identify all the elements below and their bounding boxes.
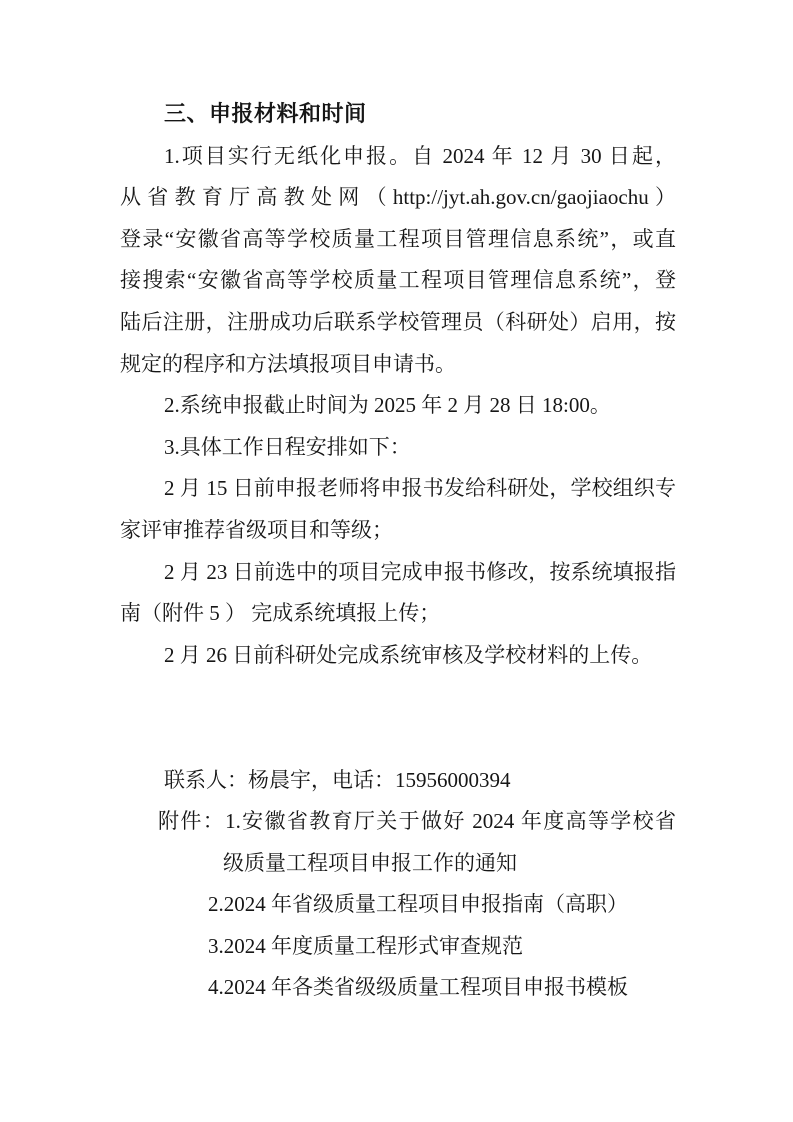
paragraph-3: 3.具体工作日程安排如下： (120, 427, 676, 469)
contact-line: 联系人：杨晨宇，电话：15956000394 (120, 760, 676, 802)
text-line: 2 月 15 日前申报老师将申报书发给科研处，学校组织专 (120, 468, 676, 510)
text-line: 1.项目实行无纸化申报。自 2024 年 12 月 30 日起， (120, 136, 676, 178)
text-line: 接搜索“安徽省高等学校质量工程项目管理信息系统”，登 (120, 260, 676, 302)
text-line: 陆后注册，注册成功后联系学校管理员（科研处）启用，按 (120, 302, 676, 344)
paragraph-5: 2 月 23 日前选中的项目完成申报书修改，按系统填报指 南（附件 5 ） 完成… (120, 552, 676, 635)
paragraph-2: 2.系统申报截止时间为 2025 年 2 月 28 日 18:00。 (120, 385, 676, 427)
text-line: 3.具体工作日程安排如下： (120, 427, 676, 469)
section-heading: 三、申报材料和时间 (120, 94, 676, 136)
text-line: 2 月 26 日前科研处完成系统审核及学校材料的上传。 (120, 635, 676, 677)
attachments-label: 附件： (158, 809, 225, 833)
text-line: 从省教育厅高教处网（http://jyt.ah.gov.cn/gaojiaoch… (120, 177, 676, 219)
attachment-item-1-line-2: 级质量工程项目申报工作的通知 (120, 843, 676, 885)
text-line: 家评审推荐省级项目和等级； (120, 510, 676, 552)
text-line: 规定的程序和方法填报项目申请书。 (120, 344, 676, 386)
attachment-item-2: 2.2024 年省级质量工程项目申报指南（高职） (120, 884, 676, 926)
text-line: 2.系统申报截止时间为 2025 年 2 月 28 日 18:00。 (120, 385, 676, 427)
text-line: 登录“安徽省高等学校质量工程项目管理信息系统”，或直 (120, 219, 676, 261)
text-line: 南（附件 5 ） 完成系统填报上传； (120, 593, 676, 635)
paragraph-4: 2 月 15 日前申报老师将申报书发给科研处，学校组织专 家评审推荐省级项目和等… (120, 468, 676, 551)
text-line: 2 月 23 日前选中的项目完成申报书修改，按系统填报指 (120, 552, 676, 594)
attachment-item-4: 4.2024 年各类省级级质量工程项目申报书模板 (120, 967, 676, 1009)
text-line: 联系人：杨晨宇，电话：15956000394 (120, 760, 676, 802)
attachments-block: 附件：1.安徽省教育厅关于做好 2024 年度高等学校省 级质量工程项目申报工作… (120, 801, 676, 1009)
paragraph-1: 1.项目实行无纸化申报。自 2024 年 12 月 30 日起， 从省教育厅高教… (120, 136, 676, 386)
document-page: 三、申报材料和时间 1.项目实行无纸化申报。自 2024 年 12 月 30 日… (0, 0, 793, 1122)
paragraph-6: 2 月 26 日前科研处完成系统审核及学校材料的上传。 (120, 635, 676, 677)
attachment-item-1-text: 1.安徽省教育厅关于做好 2024 年度高等学校省 (225, 809, 676, 833)
attachment-item-1-line-1: 附件：1.安徽省教育厅关于做好 2024 年度高等学校省 (120, 801, 676, 843)
attachment-item-3: 3.2024 年度质量工程形式审查规范 (120, 926, 676, 968)
